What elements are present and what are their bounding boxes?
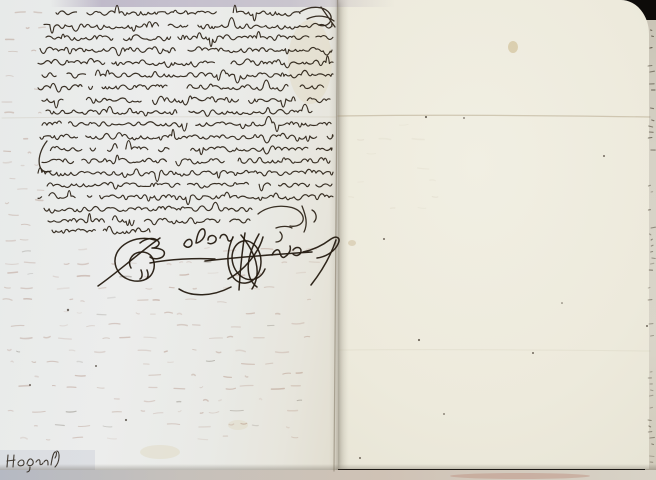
foxing-stains xyxy=(140,20,590,479)
archivist-annotation xyxy=(7,451,59,472)
ink-marks-layer xyxy=(0,0,656,480)
page-edge-marks xyxy=(648,30,655,462)
dirt-specks xyxy=(29,116,648,459)
scanned-manuscript xyxy=(0,0,656,480)
